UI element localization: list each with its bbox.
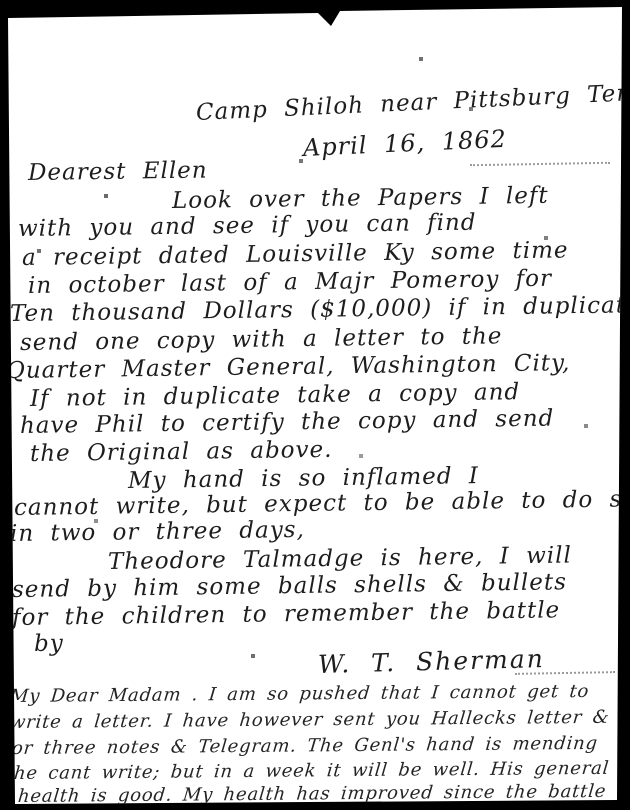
letter-line: Look over the Papers I left — [172, 183, 549, 214]
letter-line: with you and see if you can find — [18, 210, 477, 242]
postscript-line: write a letter. I have however sent you … — [9, 706, 630, 733]
scan-artifact-dots — [470, 162, 610, 166]
letter-scan: Camp Shiloh near Pittsburg Tenn April 16… — [0, 0, 630, 810]
signature: W. T. Sherman — [318, 644, 545, 679]
scan-specks — [0, 0, 2, 2]
dateline-place: Camp Shiloh near Pittsburg Tenn — [195, 79, 630, 125]
letter-page: Camp Shiloh near Pittsburg Tenn April 16… — [0, 0, 630, 810]
scan-artifact-dots — [515, 671, 615, 675]
postscript-line: he cant write; but in a week it will be … — [13, 758, 610, 784]
letter-line: in two or three days, — [10, 517, 305, 547]
salutation: Dearest Ellen — [28, 157, 208, 186]
letter-line: the Original as above. — [30, 437, 333, 467]
postscript-line: health is good. My health has improved s… — [17, 781, 607, 807]
dateline-date: April 16, 1862 — [302, 125, 507, 162]
letter-line: for the children to remember the battle — [12, 597, 561, 631]
letter-line: by — [34, 631, 64, 657]
postscript-line: My Dear Madam . I am so pushed that I ca… — [9, 681, 590, 707]
postscript-line: or three notes & Telegram. The Genl's ha… — [11, 733, 599, 759]
letter-line: cannot write, but expect to be able to d… — [14, 486, 630, 521]
